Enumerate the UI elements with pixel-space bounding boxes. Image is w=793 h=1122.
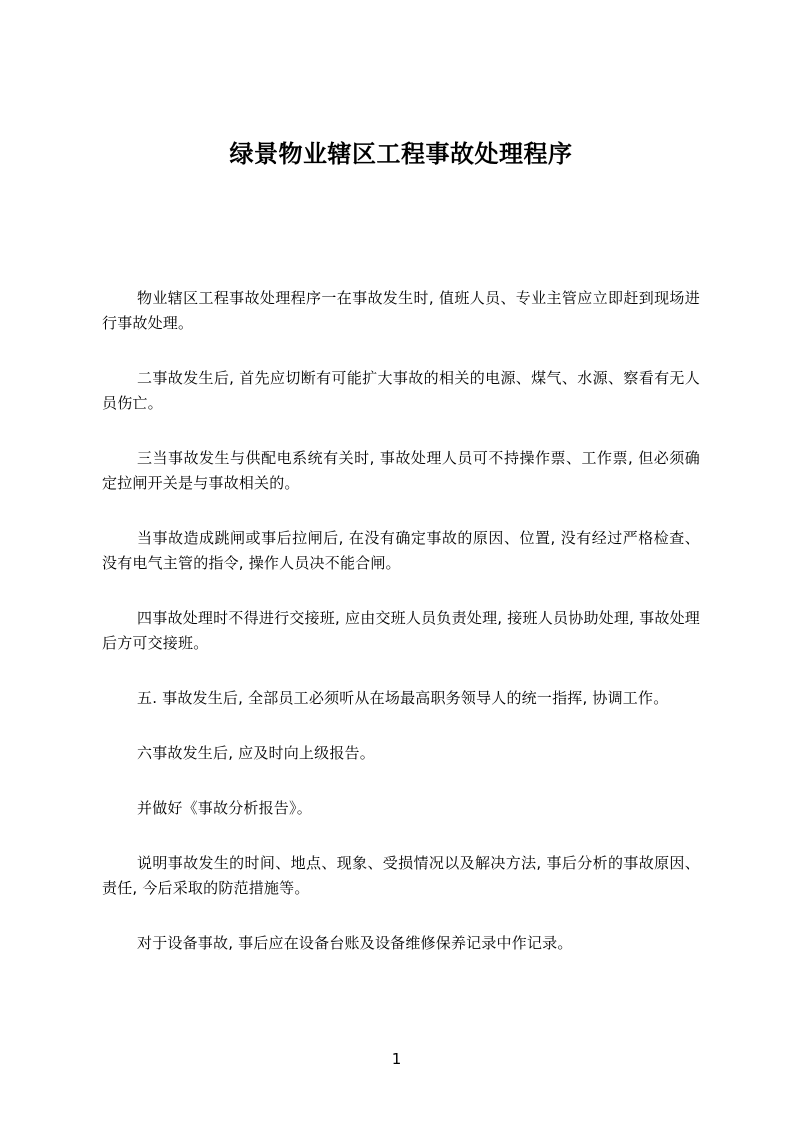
document-page: 绿景物业辖区工程事故处理程序 物业辖区工程事故处理程序一在事故发生时, 值班人员… <box>0 0 793 1122</box>
paragraph-7: 六事故发生后, 应及时向上级报告。 <box>102 741 700 766</box>
paragraph-1: 物业辖区工程事故处理程序一在事故发生时, 值班人员、专业主管应立即赶到现场进行事… <box>102 286 700 336</box>
paragraph-4: 当事故造成跳闸或事后拉闸后, 在没有确定事故的原因、位置, 没有经过严格检查、没… <box>102 526 700 576</box>
paragraph-8: 并做好《事故分析报告》。 <box>102 796 700 821</box>
document-title: 绿景物业辖区工程事故处理程序 <box>102 138 700 170</box>
paragraph-3: 三当事故发生与供配电系统有关时, 事故处理人员可不持操作票、工作票, 但必须确定… <box>102 446 700 496</box>
paragraph-10: 对于设备事故, 事后应在设备台账及设备维修保养记录中作记录。 <box>102 931 700 956</box>
paragraph-5: 四事故处理时不得进行交接班, 应由交班人员负责处理, 接班人员协助处理, 事故处… <box>102 606 700 656</box>
paragraph-6: 五. 事故发生后, 全部员工必须听从在场最高职务领导人的统一指挥, 协调工作。 <box>102 686 700 711</box>
paragraph-9: 说明事故发生的时间、地点、现象、受损情况以及解决方法, 事后分析的事故原因、责任… <box>102 851 700 901</box>
paragraph-2: 二事故发生后, 首先应切断有可能扩大事故的相关的电源、煤气、水源、察看有无人员伤… <box>102 366 700 416</box>
page-number: 1 <box>0 1049 793 1069</box>
